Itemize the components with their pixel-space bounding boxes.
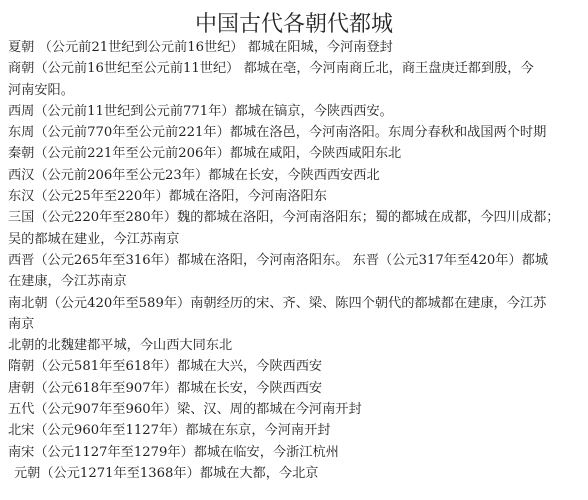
line-southern-song: 南宋（公元1127年至1279年）都城在临安，今浙江杭州 [8, 442, 588, 463]
line-eastern-zhou: 东周（公元前770年至公元前221年）都城在洛邑，今河南洛阳。东周分春秋和战国两… [8, 122, 588, 143]
document-title: 中国古代各朝代都城 [0, 10, 588, 40]
document-body: 夏朝 （公元前21世纪到公元前16世纪） 都城在阳城，今河南登封 商朝（公元前1… [8, 37, 588, 484]
line-western-han: 西汉（公元前206年至公元23年）都城在长安，今陕西西安西北 [8, 165, 588, 186]
line-jin-cont: 在建康，今江苏南京 [8, 271, 588, 292]
line-three-kingdoms-cont: 吴的都城在建业，今江苏南京 [8, 229, 588, 250]
line-jin: 西晋（公元265年至316年）都城在洛阳，今河南洛阳东。 东晋（公元317年至4… [8, 250, 588, 271]
line-sui: 隋朝（公元581年至618年）都城在大兴，今陕西西安 [8, 356, 588, 377]
line-xia: 夏朝 （公元前21世纪到公元前16世纪） 都城在阳城，今河南登封 [8, 37, 588, 58]
line-tang: 唐朝（公元618年至907年）都城在长安，今陕西西安 [8, 378, 588, 399]
line-five-dynasties: 五代（公元907年至960年）梁、汉、周的都城在今河南开封 [8, 399, 588, 420]
line-yuan: 元朝（公元1271年至1368年）都城在大都，今北京 [8, 463, 588, 484]
line-western-zhou: 西周（公元前11世纪到公元前771年）都城在镐京，今陕西西安。 [8, 101, 588, 122]
line-southern-northern-cont: 南京 [8, 314, 588, 335]
line-northern-song: 北宋（公元960年至1127年）都城在东京，今河南开封 [8, 420, 588, 441]
line-southern-northern: 南北朝（公元420年至589年）南朝经历的宋、齐、梁、陈四个朝代的都城都在建康，… [8, 293, 588, 314]
line-shang-cont: 河南安阳。 [8, 80, 588, 101]
line-shang: 商朝（公元前16世纪至公元前11世纪） 都城在亳，今河南商丘北，商王盘庚迁都到殷… [8, 58, 588, 79]
line-northern-wei: 北朝的北魏建都平城，今山西大同东北 [8, 335, 588, 356]
line-three-kingdoms: 三国（公元220年至280年）魏的都城在洛阳，今河南洛阳东；蜀的都城在成都，今四… [8, 207, 588, 228]
line-qin: 秦朝（公元前221年至公元前206年）都城在咸阳，今陕西咸阳东北 [8, 143, 588, 164]
line-eastern-han: 东汉（公元25年至220年）都城在洛阳，今河南洛阳东 [8, 186, 588, 207]
